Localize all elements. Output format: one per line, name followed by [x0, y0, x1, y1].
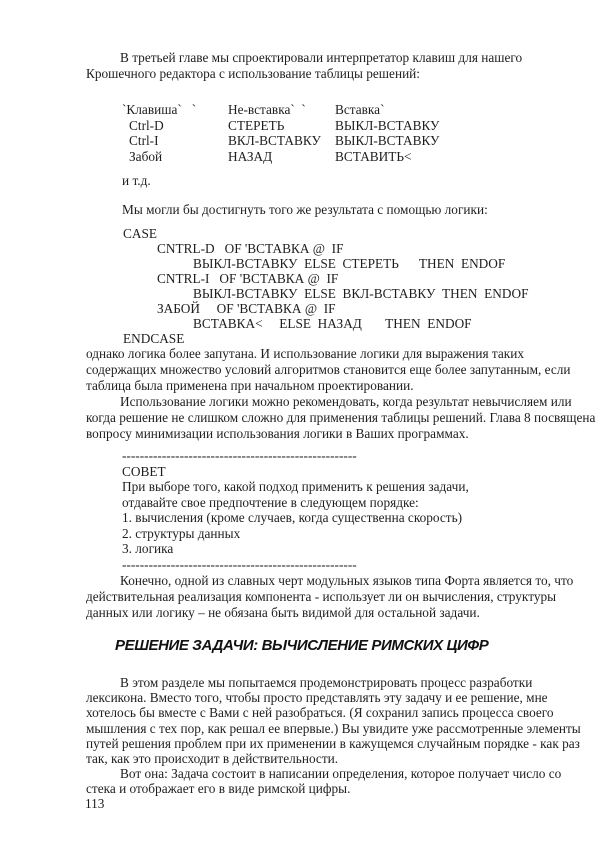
text-line: Крошечного редактора с использование таб… [86, 66, 564, 82]
text-line: хотелось бы вместе с Вами с ней разобрат… [86, 705, 564, 720]
tip-list-item: 2. структуры данных [122, 526, 564, 542]
text-line: действительная реализация компонента - и… [86, 589, 564, 605]
code-line: CASE [123, 226, 564, 241]
cell-noinsert: СТЕРЕТЬ [228, 118, 335, 134]
table-row: Забой НАЗАД ВСТАВИТЬ< [122, 149, 564, 165]
tip-box: ----------------------------------------… [122, 448, 564, 572]
text-line: таблица была применена при начальном про… [86, 378, 564, 394]
code-line: CNTRL-I OF 'ВСТАВКА @ IF [157, 271, 564, 286]
table-row: Ctrl-I ВКЛ-ВСТАВКУ ВЫКЛ-ВСТАВКУ [122, 133, 564, 149]
section-paragraph: В этом разделе мы попытаемся продемонстр… [86, 675, 564, 766]
text-line: Вот она: Задача состоит в написании опре… [86, 766, 564, 781]
tip-line: При выборе того, какой подход применить … [122, 479, 564, 495]
conclusion-paragraph: Конечно, одной из славных черт модульных… [86, 573, 564, 621]
text-line: мышления с тех пор, как решал ее впервые… [86, 721, 564, 736]
cell-insert: ВЫКЛ-ВСТАВКУ [335, 118, 439, 134]
code-line: ВСТАВКА< ELSE НАЗАД THEN ENDOF [193, 316, 564, 331]
section-paragraph: Вот она: Задача состоит в написании опре… [86, 766, 564, 796]
code-line: ВЫКЛ-ВСТАВКУ ELSE СТЕРЕТЬ THEN ENDOF [193, 256, 564, 271]
cell-key: Ctrl-I [122, 133, 228, 149]
code-line: CNTRL-D OF 'ВСТАВКА @ IF [157, 241, 564, 256]
etc-note: и т.д. [122, 173, 564, 189]
logic-lead-paragraph: Мы могли бы достигнуть того же результат… [86, 202, 564, 218]
text-line: содержащих множество условий алгоритмов … [86, 362, 564, 378]
case-code-block: CASE CNTRL-D OF 'ВСТАВКА @ IF ВЫКЛ-ВСТАВ… [86, 226, 564, 346]
code-line: ЗАБОЙ OF 'ВСТАВКА @ IF [157, 301, 564, 316]
document-page: В третьей главе мы спроектировали интерп… [0, 0, 600, 849]
cell-key: Ctrl-D [122, 118, 228, 134]
section-heading: РЕШЕНИЕ ЗАДАЧИ: ВЫЧИСЛЕНИЕ РИМСКИХ ЦИФР [115, 636, 564, 656]
code-line: ENDCASE [123, 331, 564, 346]
text-line: однако логика более запутана. И использо… [86, 346, 564, 362]
cell-insert: ВСТАВИТЬ< [335, 149, 412, 165]
code-line: ВЫКЛ-ВСТАВКУ ELSE ВКЛ-ВСТАВКУ THEN ENDOF [193, 286, 564, 301]
text-line: данных или логику – не обязана быть види… [86, 605, 564, 621]
text-line: когда решение не слишком сложно для прим… [86, 410, 564, 426]
text-line: В этом разделе мы попытаемся продемонстр… [86, 675, 564, 690]
tip-divider-bottom: ----------------------------------------… [122, 557, 564, 573]
text-line: В третьей главе мы спроектировали интерп… [86, 50, 564, 66]
tip-list-item: 3. логика [122, 541, 564, 557]
text-line: так, как это происходит в действительнос… [86, 751, 564, 766]
table-header-row: `Клавиша` ` Не-вставка` ` Вставка` [122, 102, 564, 118]
page-body: В третьей главе мы спроектировали интерп… [86, 50, 564, 797]
cell-noinsert: НАЗАД [228, 149, 335, 165]
text-line: Использование логики можно рекомендовать… [86, 394, 564, 410]
cell-insert: ВЫКЛ-ВСТАВКУ [335, 133, 439, 149]
header-cell: Вставка` [335, 102, 385, 118]
header-cell: Не-вставка` ` [228, 102, 335, 118]
text-line: Конечно, одной из славных черт модульных… [86, 573, 564, 589]
table-row: Ctrl-D СТЕРЕТЬ ВЫКЛ-ВСТАВКУ [122, 118, 564, 134]
tip-list-item: 1. вычисления (кроме случаев, когда суще… [122, 510, 564, 526]
cell-key: Забой [122, 149, 228, 165]
logic-discussion-paragraph: однако логика более запутана. И использо… [86, 346, 564, 442]
text-line: вопросу минимизации использования логики… [86, 426, 564, 442]
tip-divider-top: ----------------------------------------… [122, 448, 564, 464]
cell-noinsert: ВКЛ-ВСТАВКУ [228, 133, 335, 149]
intro-paragraph: В третьей главе мы спроектировали интерп… [86, 50, 564, 82]
page-number: 113 [85, 796, 104, 812]
keys-decision-table: `Клавиша` ` Не-вставка` ` Вставка` Ctrl-… [122, 102, 564, 164]
text-line: стека и отображает его в виде римской ци… [86, 781, 564, 796]
tip-line: отдавайте свое предпочтение в следующем … [122, 495, 564, 511]
header-cell: `Клавиша` ` [122, 102, 228, 118]
text-line: путей решения проблем при их применении … [86, 736, 564, 751]
tip-title: СОВЕТ [122, 464, 564, 480]
text-line: лексикона. Вместо того, чтобы просто пре… [86, 690, 564, 705]
